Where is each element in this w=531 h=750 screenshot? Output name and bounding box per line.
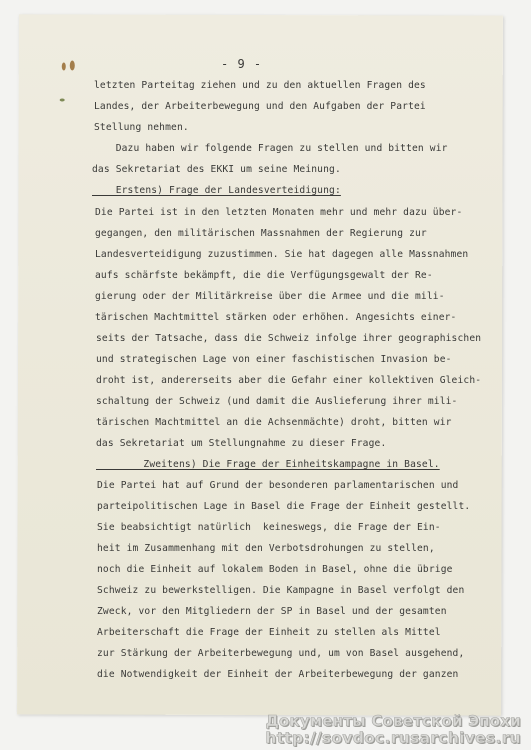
- text-line: heit im Zusammenhang mit den Verbotsdroh…: [97, 543, 435, 555]
- text-line: Schweiz zu bewerkstelligen. Die Kampagne…: [97, 585, 464, 597]
- text-line: gegangen, den militärischen Massnahmen d…: [95, 228, 427, 240]
- text-line: aufs schärfste bekämpft, die die Verfügu…: [95, 270, 433, 282]
- text-line: droht ist, andererseits aber die Gefahr …: [96, 375, 481, 387]
- text-line: Landes, der Arbeiterbewegung und den Auf…: [94, 101, 426, 113]
- text-line: Dazu haben wir folgende Fragen zu stelle…: [92, 143, 448, 155]
- text-line: gierung oder der Militärkreise über die …: [95, 291, 445, 303]
- text-line: tärischen Machtmittel an die Achsenmächt…: [96, 417, 452, 429]
- text-line: Sie beabsichtigt natürlich keineswegs, d…: [97, 522, 441, 534]
- section-heading-zweitens: Zweitens) Die Frage der Einheitskampagne…: [96, 459, 440, 471]
- text-line: die Notwendigkeit der Einheit der Arbeit…: [97, 669, 458, 681]
- text-line: Die Partei ist in den letzten Monaten me…: [95, 207, 462, 219]
- text-line: Landesverteidigung zuzustimmen. Sie hat …: [95, 249, 468, 261]
- text-line: zur Stärkung der Arbeiterbewegung und, u…: [97, 648, 464, 660]
- document-text: - 9 - letzten Parteitag ziehen und zu de…: [0, 0, 531, 750]
- text-line: letzten Parteitag ziehen und zu den aktu…: [94, 80, 426, 92]
- text-line: tärischen Machtmittel stärken oder erhöh…: [95, 312, 456, 324]
- text-line: Zweck, vor den Mitgliedern der SP in Bas…: [97, 606, 447, 618]
- text-line: und strategischen Lage von einer faschis…: [96, 354, 452, 366]
- text-line: schaltung der Schweiz (und damit die Aus…: [96, 396, 457, 408]
- archive-watermark-url: http://sovdoc.rusarchives.ru: [265, 729, 521, 747]
- text-line: das Sekretariat des EKKI um seine Meinun…: [92, 164, 341, 176]
- text-line: parteipolitischen Lage in Basel die Frag…: [97, 501, 470, 513]
- text-line: Stellung nehmen.: [94, 122, 189, 134]
- section-heading-erstens: Erstens) Frage der Landesverteidigung:: [92, 185, 341, 197]
- scan-viewport: - 9 - letzten Parteitag ziehen und zu de…: [0, 0, 531, 750]
- text-line: das Sekretariat um Stellungnahme zu dies…: [96, 438, 386, 450]
- text-line: noch die Einheit auf lokalem Boden in Ba…: [97, 564, 453, 576]
- page-number: - 9 -: [221, 58, 262, 70]
- archive-watermark-title: Документы Советской Эпохи: [265, 712, 521, 730]
- text-line: Die Partei hat auf Grund der besonderen …: [97, 480, 458, 492]
- text-line: seits der Tatsache, dass die Schweiz inf…: [96, 333, 481, 345]
- text-line: Arbeiterschaft die Frage der Einheit zu …: [97, 627, 441, 639]
